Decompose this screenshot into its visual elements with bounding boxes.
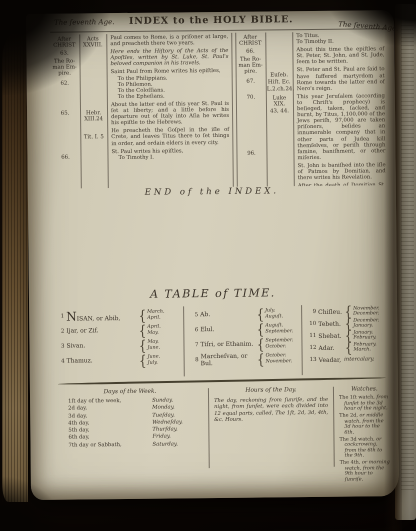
ref-line: Euſeb. [267,72,292,78]
month-number: 7 [189,342,198,348]
month-row: 1 NISAN, or Abib, { March. April. [55,307,183,323]
index-entry: To the Epheſians. [118,93,229,100]
gregorian-months: July. Auguſt. [265,308,301,319]
brace-glyph: { [257,336,265,353]
month-number: 5 [189,312,198,318]
month-name: Tiſri, or Ethanim. [200,341,255,349]
brace-glyph: { [256,306,264,323]
ref-line: Tit. I. 5 [81,134,106,140]
month-row: 3 Sivan. { May. June. [55,337,183,353]
ref-line: Hiſt. Ec. [267,79,292,85]
gregorian-months: March. April. [147,310,183,321]
month-row: 8 Marcheſvan, or Bul. { October. Novembe… [190,351,302,367]
hours-of-day-text: The day, reckoning from ſunriſe, and the… [214,397,328,423]
month-number: 11 [307,333,316,339]
book-photo: The ſeventh Age. INDEX to the HOLY BIBLE… [0,0,416,531]
months-group-3: 9 Chiſleu. { November. December. 10 Tebe… [302,304,390,375]
corner-shadow-bottom-left [0,471,70,531]
watch-row: The 1ſt watch, from ſunſet to the 3d hou… [339,395,390,412]
gregorian-month: June. [147,345,183,351]
day-label: 7th day or Sabbath, [56,441,152,449]
index-entry: This year Jeruſalem (according to Chriſt… [297,93,386,161]
month-name: Adar. [318,344,343,351]
date-line: CHRIST [236,41,264,47]
month-name: Thamuz. [67,357,138,365]
date-line: 65. [51,110,79,116]
index-entry: About the latter end of this year St. Pa… [111,101,229,127]
index-right-refs-column: Euſeb. Hiſt. Ec. L.2.ch.24. Luke XIX. 43… [266,32,295,186]
month-number: 8 [190,357,199,363]
month-number: 3 [55,343,64,349]
day-row: 7th day or Sabbath, Saturday. [56,441,204,450]
month-number: 2 [55,328,64,334]
index-entry: Saint Paul from Rome writes his epiſtles… [111,68,229,75]
index-entry: St. Peter and St. Paul are ſaid to have … [297,67,385,92]
gregorian-months: April. May. [147,325,183,336]
index-entry: About this time the epiſtles of St. Pete… [296,46,384,65]
watches-heading: Watches. [339,386,390,393]
ref-line: XIX. [267,101,292,107]
page-fore-edges [2,34,28,502]
corner-shadow-top-right [326,0,416,48]
month-row: 12 Adar. { February. March. [307,341,389,354]
month-row: 6 Elul. { Auguſt. September. [189,321,301,337]
index-entry: To Timothy I. [118,154,229,161]
date-line: pire. [237,69,265,75]
brace-glyph: { [257,351,265,368]
date-line: 70. [237,95,265,101]
month-row: 5 Ab. { July. Auguſt. [189,306,301,322]
ref-line: 43, 44. [267,108,292,114]
month-name: Chiſleu. [318,308,343,315]
months-table: 1 NISAN, or Abib, { March. April. 2 Ijar… [55,304,390,377]
month-name: Tebeth. [318,320,343,327]
index-entry: Paul comes to Rome, is a priſoner at lar… [110,34,228,47]
month-row: 7 Tiſri, or Ethanim. { September. Octobe… [189,336,301,352]
table-of-time-title: A TABLE of TIME. [29,285,397,302]
month-name: Ab. [200,311,255,319]
date-line: 66. [236,49,264,55]
month-number: 13 [308,357,317,363]
hours-of-day-heading: Hours of the Day. [214,387,328,394]
gregorian-month: November. [266,359,302,365]
months-group-2: 5 Ab. { July. Auguſt. 6 Elul. { Auguſt. … [184,305,303,376]
month-number: 1 [55,313,64,319]
month-name: Marcheſvan, or Bul. [201,352,257,367]
corner-shadow-top-left [0,0,110,95]
gregorian-month: Auguſt. [265,314,301,320]
gutter-shadow [384,0,402,531]
intercalary-note: intercalary. [344,356,374,362]
month-number: 10 [307,321,316,327]
brace-glyph: { [139,352,147,369]
brace-glyph: { [138,307,146,324]
brace-glyph: { [139,337,147,354]
index-entry: He preacheth the Goſpel in the iſle of C… [111,127,229,147]
date-line: 96. [237,151,265,157]
watch-row: The 2d, or middle watch, from the 3d hou… [339,413,390,436]
months-group-1: 1 NISAN, or Abib, { March. April. 2 Ijar… [55,306,185,377]
ref-line: XIII.24 [81,116,106,122]
gregorian-month: May. [147,330,183,336]
date-line: 66. [51,154,79,160]
watches-column: Watches. The 1ſt watch, from ſunſet to t… [334,386,391,467]
brace-glyph: { [139,322,147,339]
gregorian-month: April. [147,315,183,321]
month-name: Ijar, or Zif. [66,327,137,335]
gregorian-months: June. July. [148,355,184,366]
month-number: 9 [307,309,316,315]
month-name: Sivan. [66,342,137,350]
ref-line: L.2.ch.24. [267,86,292,92]
horizontal-rule [58,377,386,385]
page-title: INDEX to the HOLY BIBLE. [106,14,316,27]
brace-glyph: { [257,321,265,338]
month-number: 12 [307,345,316,351]
gregorian-months: Auguſt. September. [265,323,301,334]
month-name: Shebat. [318,332,343,339]
days-of-week-column: Days of the Week. 1ſt day of the week, S… [56,388,210,470]
gregorian-month: October. [265,344,301,350]
month-row: 4 Thamuz. { June. July. [56,352,184,368]
watch-row: The 3d watch, or cockcrowing, from the 6… [339,437,390,460]
index-entry: St. John is baniſhed into the iſle of Pa… [298,162,386,181]
month-row: 2 Ijar, or Zif. { April. May. [55,322,183,338]
calendar-notes-table: Days of the Week. 1ſt day of the week, S… [56,386,391,469]
index-right-dates-column: After CHRIST 66. The Ro- man Em- pire. 6… [236,32,268,186]
day-value: Saturday. [152,441,177,449]
month-name: Elul. [200,326,255,334]
brace-glyph: { [345,339,353,356]
index-left-text-column: Paul comes to Rome, is a priſoner at lar… [107,33,233,188]
month-name: Veadar, [319,356,342,363]
hours-of-day-column: Hours of the Day. The day, reckoning fro… [209,387,335,468]
days-of-week-heading: Days of the Week. [56,388,204,396]
month-number: 6 [189,327,198,333]
gregorian-month: July. [148,360,184,366]
gregorian-months: May. June. [147,340,183,351]
gregorian-months: October. November. [266,353,302,364]
date-line: 67. [237,79,265,85]
month-name: NISAN, or Abib, [66,308,138,323]
month-number: 4 [56,358,65,364]
gregorian-month: September. [265,329,301,335]
index-right-text-column: To Titus. To Timothy II. About this time… [293,31,388,186]
index-entry: Here ends the Hiſtory of the Acts of the… [110,48,228,68]
gregorian-months: September. October. [265,338,301,349]
